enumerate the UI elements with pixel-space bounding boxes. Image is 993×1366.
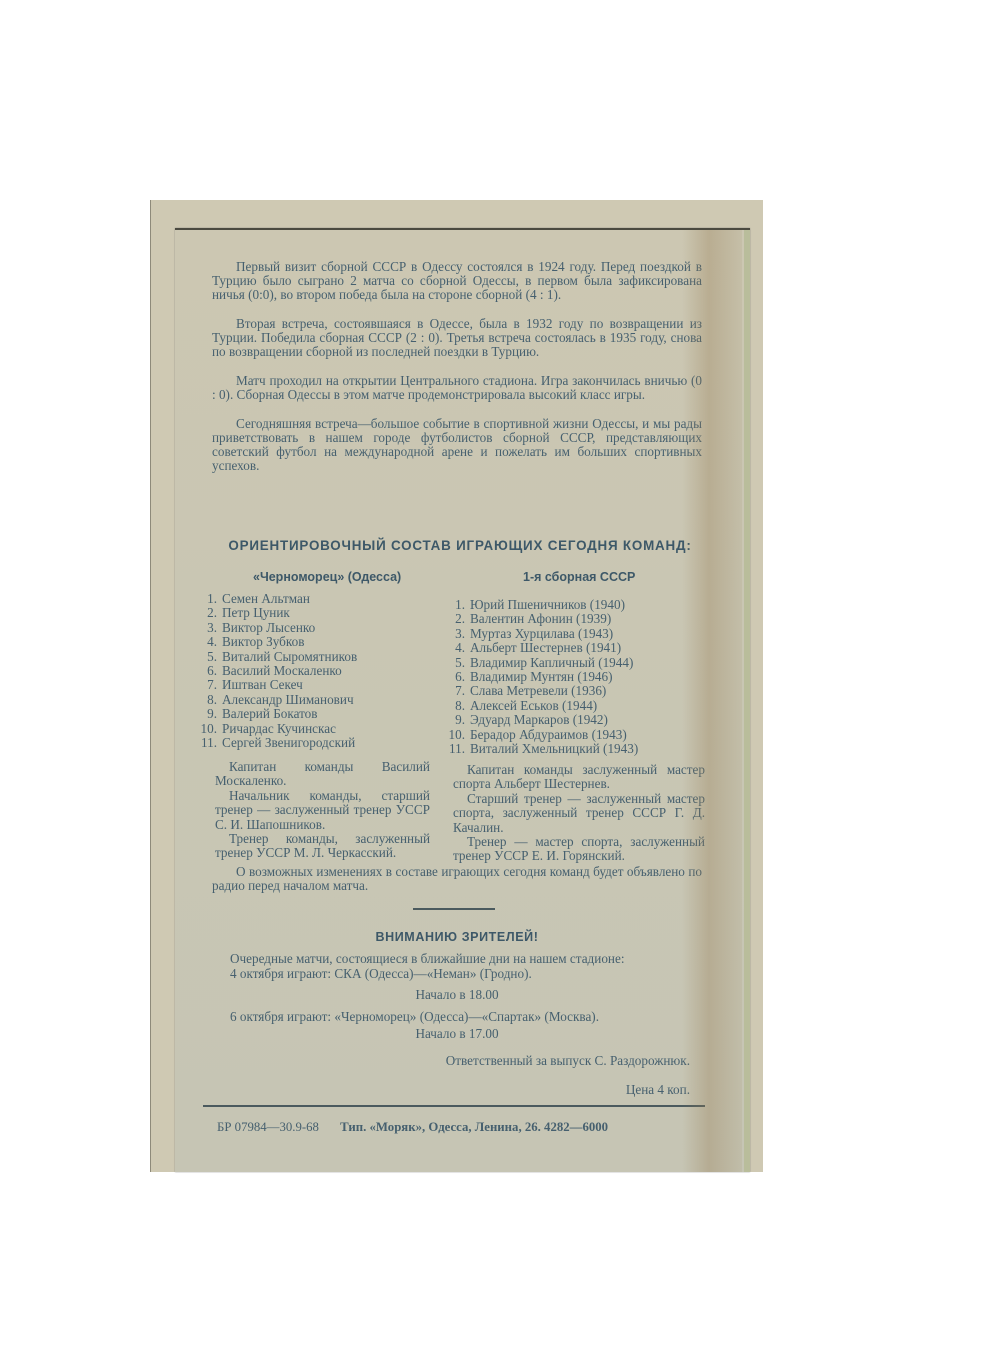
player-number: 8. xyxy=(445,699,465,713)
team-right-player: 6.Владимир Мунтян (1946) xyxy=(445,670,638,684)
team-right-player: 7.Слава Метревели (1936) xyxy=(445,684,638,698)
team-right-player: 2.Валентин Афонин (1939) xyxy=(445,612,638,626)
divider xyxy=(413,908,495,910)
team-left-title: «Черноморец» (Одесса) xyxy=(253,570,401,584)
team-left-player: 10.Ричардас Кучинскас xyxy=(197,722,357,736)
changes-note: О возможных изменениях в составе играющи… xyxy=(212,865,702,908)
team-right-coach: Тренер — мастер спорта, заслуженный трен… xyxy=(453,835,705,864)
player-name: Александр Шиманович xyxy=(222,692,354,707)
player-name: Василий Москаленко xyxy=(222,663,342,678)
player-number: 4. xyxy=(445,641,465,655)
player-name: Юрий Пшеничников (1940) xyxy=(470,597,625,612)
team-left-captain: Капитан команды Василий Москаленко. xyxy=(215,760,430,789)
player-number: 5. xyxy=(197,650,217,664)
player-number: 9. xyxy=(445,713,465,727)
attention-heading: ВНИМАНИЮ ЗРИТЕЛЕЙ! xyxy=(212,930,702,944)
team-right-captain: Капитан команды заслуженный мастер спорт… xyxy=(453,763,705,792)
imprint: БР 07984—30.9-68 Тип. «Моряк», Одесса, Л… xyxy=(217,1120,608,1135)
imprint-rule xyxy=(203,1105,705,1107)
player-name: Владимир Капличный (1944) xyxy=(470,655,633,670)
team-right-player: 11.Виталий Хмельницкий (1943) xyxy=(445,742,638,756)
team-left-player: 9.Валерий Бокатов xyxy=(197,707,357,721)
player-name: Виталий Сыромятников xyxy=(222,649,357,664)
team-right-notes: Капитан команды заслуженный мастер спорт… xyxy=(453,763,705,864)
player-number: 9. xyxy=(197,707,217,721)
team-left-head-coach: Начальник команды, старший тренер — засл… xyxy=(215,789,430,832)
imprint-printer: Тип. «Моряк», Одесса, Ленина, 26. 4282—6… xyxy=(340,1120,608,1134)
intro-paragraph-2: Вторая встреча, состоявшаяся в Одессе, б… xyxy=(212,317,702,359)
team-left-coach: Тренер команды, заслуженный тренер УССР … xyxy=(215,832,430,861)
imprint-code: БР 07984—30.9-68 xyxy=(217,1120,319,1134)
player-name: Слава Метревели (1936) xyxy=(470,683,606,698)
program-page: Первый визит сборной СССР в Одессу состо… xyxy=(175,228,750,1172)
player-number: 2. xyxy=(445,612,465,626)
player-number: 7. xyxy=(197,678,217,692)
match-2: 6 октября играют: «Черноморец» (Одесса)—… xyxy=(230,1010,720,1024)
player-number: 1. xyxy=(197,592,217,606)
player-name: Виталий Хмельницкий (1943) xyxy=(470,741,638,756)
player-number: 8. xyxy=(197,693,217,707)
player-name: Муртаз Хурцилава (1943) xyxy=(470,626,613,641)
player-number: 2. xyxy=(197,606,217,620)
team-right-player: 5.Владимир Капличный (1944) xyxy=(445,656,638,670)
player-name: Сергей Звенигородский xyxy=(222,735,355,750)
player-name: Владимир Мунтян (1946) xyxy=(470,669,613,684)
player-number: 5. xyxy=(445,656,465,670)
intro-paragraph-1: Первый визит сборной СССР в Одессу состо… xyxy=(212,260,702,302)
match-1-start: Начало в 18.00 xyxy=(212,987,702,1003)
intro-text: Первый визит сборной СССР в Одессу состо… xyxy=(212,260,702,488)
player-name: Семен Альтман xyxy=(222,591,310,606)
match-2-start: Начало в 17.00 xyxy=(212,1026,702,1042)
player-number: 10. xyxy=(197,722,217,736)
team-left-player: 3.Виктор Лысенко xyxy=(197,621,357,635)
player-name: Альберт Шестернев (1941) xyxy=(470,640,621,655)
team-left-roster: 1.Семен Альтман2.Петр Цуник3.Виктор Лысе… xyxy=(197,592,357,750)
lineup-heading: ОРИЕНТИРОВОЧНЫЙ СОСТАВ ИГРАЮЩИХ СЕГОДНЯ … xyxy=(215,538,705,553)
team-right-player: 9.Эдуард Маркаров (1942) xyxy=(445,713,638,727)
team-right-player: 1.Юрий Пшеничников (1940) xyxy=(445,598,638,612)
player-number: 6. xyxy=(445,670,465,684)
team-left-player: 6.Василий Москаленко xyxy=(197,664,357,678)
player-name: Берадор Абдураимов (1943) xyxy=(470,727,627,742)
player-number: 3. xyxy=(445,627,465,641)
player-name: Иштван Секеч xyxy=(222,677,303,692)
team-left-player: 11.Сергей Звенигородский xyxy=(197,736,357,750)
player-name: Петр Цуник xyxy=(222,605,290,620)
price: Цена 4 коп. xyxy=(626,1082,690,1098)
team-left-player: 8.Александр Шиманович xyxy=(197,693,357,707)
responsible-editor: Ответственный за выпуск С. Раздорожнюк. xyxy=(446,1053,690,1069)
player-name: Виктор Лысенко xyxy=(222,620,315,635)
player-name: Алексей Еськов (1944) xyxy=(470,698,597,713)
intro-paragraph-3: Матч проходил на открытии Центрального с… xyxy=(212,374,702,402)
player-number: 7. xyxy=(445,684,465,698)
player-number: 11. xyxy=(197,736,217,750)
team-right-player: 8.Алексей Еськов (1944) xyxy=(445,699,638,713)
player-name: Валентин Афонин (1939) xyxy=(470,611,611,626)
player-name: Ричардас Кучинскас xyxy=(222,721,336,736)
team-left-player: 7.Иштван Секеч xyxy=(197,678,357,692)
team-left-player: 4.Виктор Зубков xyxy=(197,635,357,649)
player-number: 4. xyxy=(197,635,217,649)
player-name: Валерий Бокатов xyxy=(222,706,318,721)
player-number: 3. xyxy=(197,621,217,635)
team-left-player: 1.Семен Альтман xyxy=(197,592,357,606)
upcoming-intro: Очередные матчи, состоящиеся в ближайшие… xyxy=(212,952,702,966)
team-right-head-coach: Старший тренер — заслуженный мастер спор… xyxy=(453,792,705,835)
player-number: 11. xyxy=(445,742,465,756)
team-left-notes: Капитан команды Василий Москаленко. Нача… xyxy=(215,760,430,861)
player-name: Виктор Зубков xyxy=(222,634,304,649)
player-number: 6. xyxy=(197,664,217,678)
team-left-player: 5.Виталий Сыромятников xyxy=(197,650,357,664)
team-right-title: 1-я сборная СССР xyxy=(523,570,635,584)
team-right-roster: 1.Юрий Пшеничников (1940)2.Валентин Афон… xyxy=(445,598,638,756)
player-name: Эдуард Маркаров (1942) xyxy=(470,712,608,727)
team-right-player: 3.Муртаз Хурцилава (1943) xyxy=(445,627,638,641)
team-right-player: 4.Альберт Шестернев (1941) xyxy=(445,641,638,655)
changes-note-text: О возможных изменениях в составе играющи… xyxy=(212,865,702,893)
player-number: 1. xyxy=(445,598,465,612)
intro-paragraph-4: Сегодняшняя встреча—большое событие в сп… xyxy=(212,417,702,473)
player-number: 10. xyxy=(445,728,465,742)
team-right-player: 10.Берадор Абдураимов (1943) xyxy=(445,728,638,742)
match-1: 4 октября играют: СКА (Одесса)—«Неман» (… xyxy=(230,967,720,981)
team-left-player: 2.Петр Цуник xyxy=(197,606,357,620)
